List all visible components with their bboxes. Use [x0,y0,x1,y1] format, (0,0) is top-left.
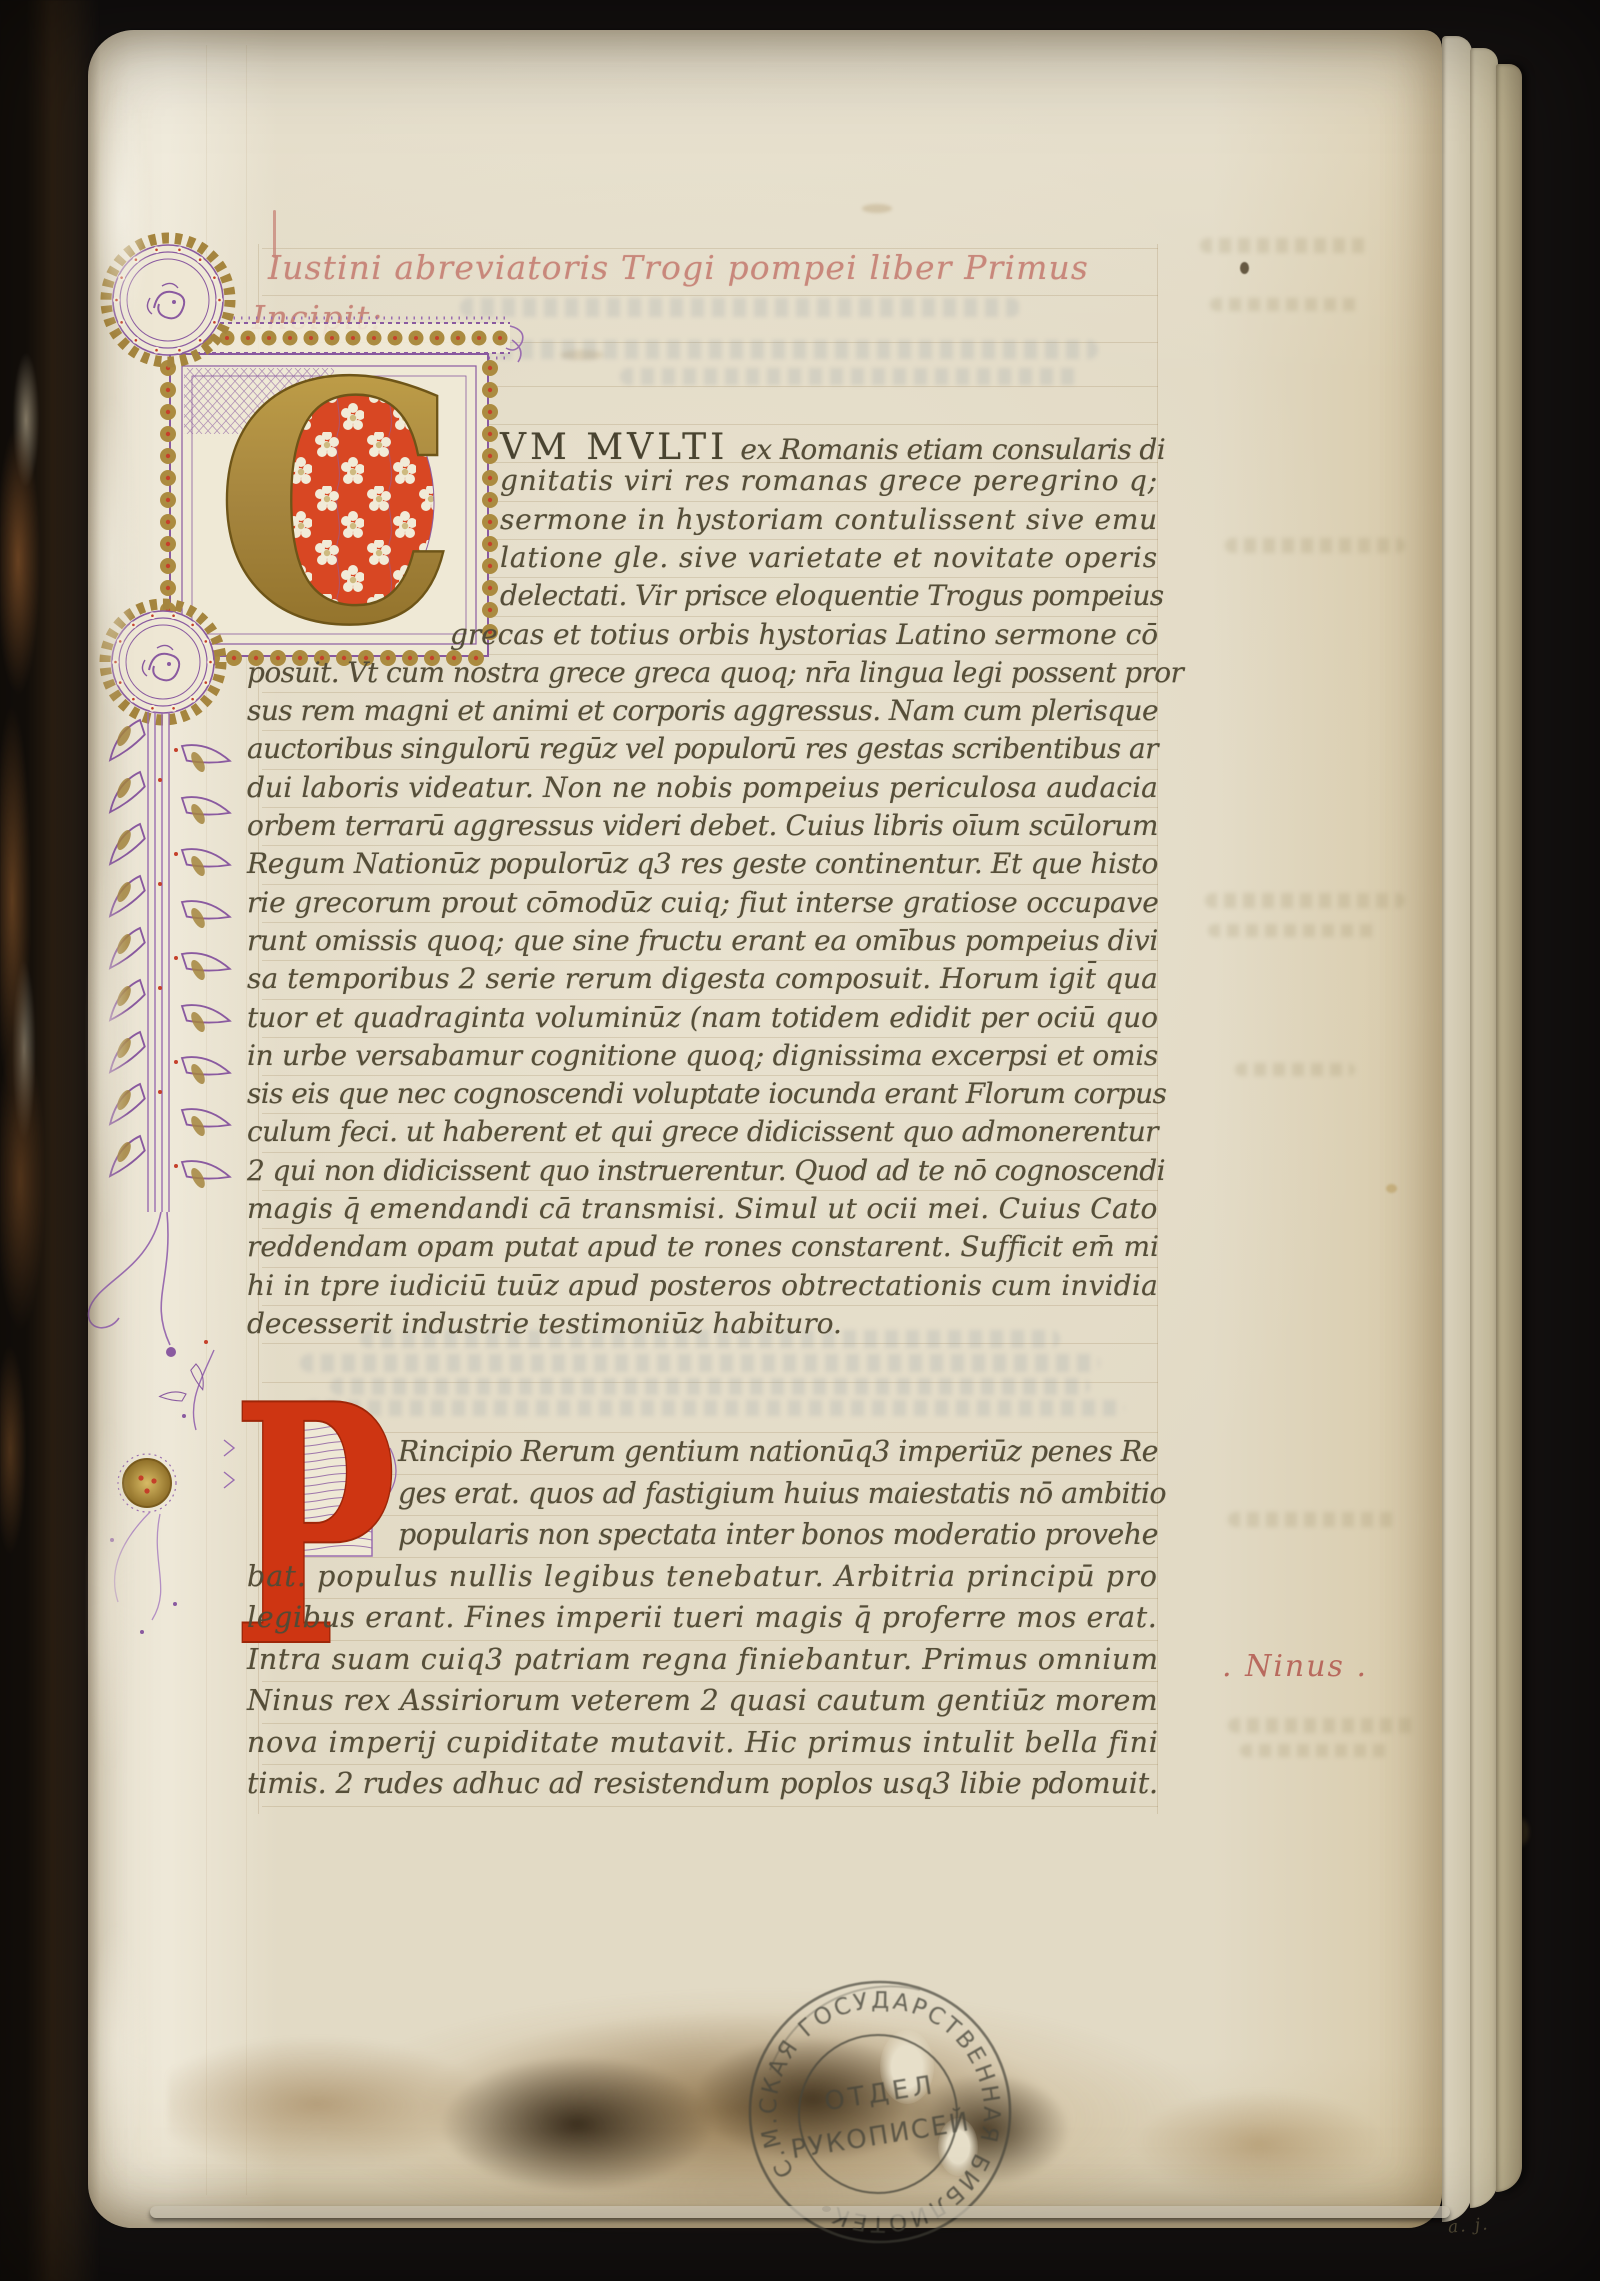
text-line: rie grecorum prout cōmodūz cuiq; fiut in… [247,888,1159,919]
text-line: magis q̄ emendandi cā transmisi. Simul u… [247,1194,1158,1225]
bleedthrough-smudge [1210,298,1360,311]
manuscript-photo: Iustini abreviatoris Trogi pompei liber … [0,0,1600,2281]
text-line: runt omissis quoq; que sine fructu erant… [247,926,1158,957]
text-line: sermone in hystoriam contulissent sive e… [500,505,1158,536]
text-line: sa temporibus 2 serie rerum digesta comp… [247,964,1158,995]
text-line: bat. populus nullis legibus tenebatur. A… [247,1561,1158,1592]
text-line: legibus erant. Fines imperii tueri magis… [247,1602,1157,1633]
library-stamp: С.М.СКАЯ ГОСУДАРСТВЕННАЯ БИБЛИОТЕК ОТДЕЛ… [726,1956,1036,2276]
text-line: Rincipio Rerum gentium nationūq3 imperiū… [398,1436,1158,1467]
text-line: sus rem magni et animi et corporis aggre… [247,696,1158,727]
stamp-center-line-1: ОТДЕЛ [822,2070,938,2117]
stain-speck [862,204,892,213]
text-line: in urbe versabamur cognitione quoq; dign… [247,1041,1158,1072]
text-line: VM MVLTIex Romanis etiam consularis di [500,428,1165,468]
text-line: delectati. Vir prisce eloquentie Trogus … [500,581,1164,612]
text-line: orbem terrarū aggressus videri debet. Cu… [247,811,1158,842]
text-line: decesserit industrie testimoniūz habitur… [247,1309,842,1340]
text-line: posuit. Vt cum nostra grece greca quoq; … [247,658,1183,689]
page-stack-edge-3 [1496,64,1522,2192]
bleedthrough-smudge [1205,893,1405,908]
text-line: nova imperij cupiditate mutavit. Hic pri… [247,1727,1159,1758]
stain-speck [1386,1184,1397,1193]
text-line: latione gle. sive varietate et novitate … [500,543,1158,574]
text-line: auctoribus singulorū regūz vel populorū … [247,734,1158,765]
text-line: culum feci. ut haberent et qui grece did… [247,1117,1158,1148]
torn-binding-edge [0,0,100,2281]
text-line: gnitatis viri res romanas grece peregrin… [500,466,1158,497]
text-line: dui laboris videatur. Non ne nobis pompe… [247,773,1158,804]
text-line: tuor et quadraginta voluminūz (nam totid… [247,1003,1158,1034]
text-line: Ninus rex Assiriorum veterem 2 quasi cau… [247,1685,1158,1716]
bleedthrough-smudge [1240,1744,1390,1757]
bleedthrough-smudge [1200,238,1370,253]
page-stack-edge-1 [1442,36,1472,2222]
frayed-left-edge [86,40,204,2200]
text-line: grecas et totius orbis hystorias Latino … [450,620,1158,651]
bleedthrough-smudge [1225,538,1405,553]
text-line: ges erat. quos ad fastigium huius maiest… [398,1478,1166,1509]
stain-speck [1240,262,1249,274]
margin-note-ninus: . Ninus . [1222,1652,1368,1682]
text-line: popularis non spectata inter bonos moder… [398,1519,1158,1550]
bleedthrough-smudge [1208,924,1378,937]
page-stack-edge-2 [1470,48,1498,2208]
bleedthrough-smudge [1235,1063,1355,1076]
stamp-ring-text: С.М.СКАЯ ГОСУДАРСТВЕННАЯ БИБЛИОТЕК [726,1956,1036,2276]
page-bottom-edge [150,2206,1450,2218]
bleedthrough-smudge [1228,1718,1418,1733]
bleedthrough-smudge [1228,1512,1398,1527]
text-line: timis. 2 rudes adhuc ad resistendum popl… [247,1768,1158,1799]
text-line: 2 qui non didicissent quo instruerentur.… [247,1156,1165,1187]
stain-speck [560,350,604,360]
opening-capitals: VM MVLTI [500,427,728,468]
initial-c: C [214,310,459,698]
svg-text:С.М.СКАЯ ГОСУДАРСТВЕННАЯ БИБЛИ: С.М.СКАЯ ГОСУДАРСТВЕННАЯ БИБЛИОТЕК [726,1956,1036,2276]
text-line: Regum Nationūz populorūz q3 res geste co… [247,849,1158,880]
bleedthrough-smudge [620,368,1080,385]
text-line: Intra suam cuiq3 patriam regna finiebant… [247,1644,1159,1675]
text-line: reddendam opam putat apud te rones const… [247,1232,1159,1263]
text-line: sis eis que nec cognoscendi voluptate io… [247,1079,1166,1110]
text-line: hi in tpre iudiciū tuūz apud posteros ob… [247,1271,1158,1302]
